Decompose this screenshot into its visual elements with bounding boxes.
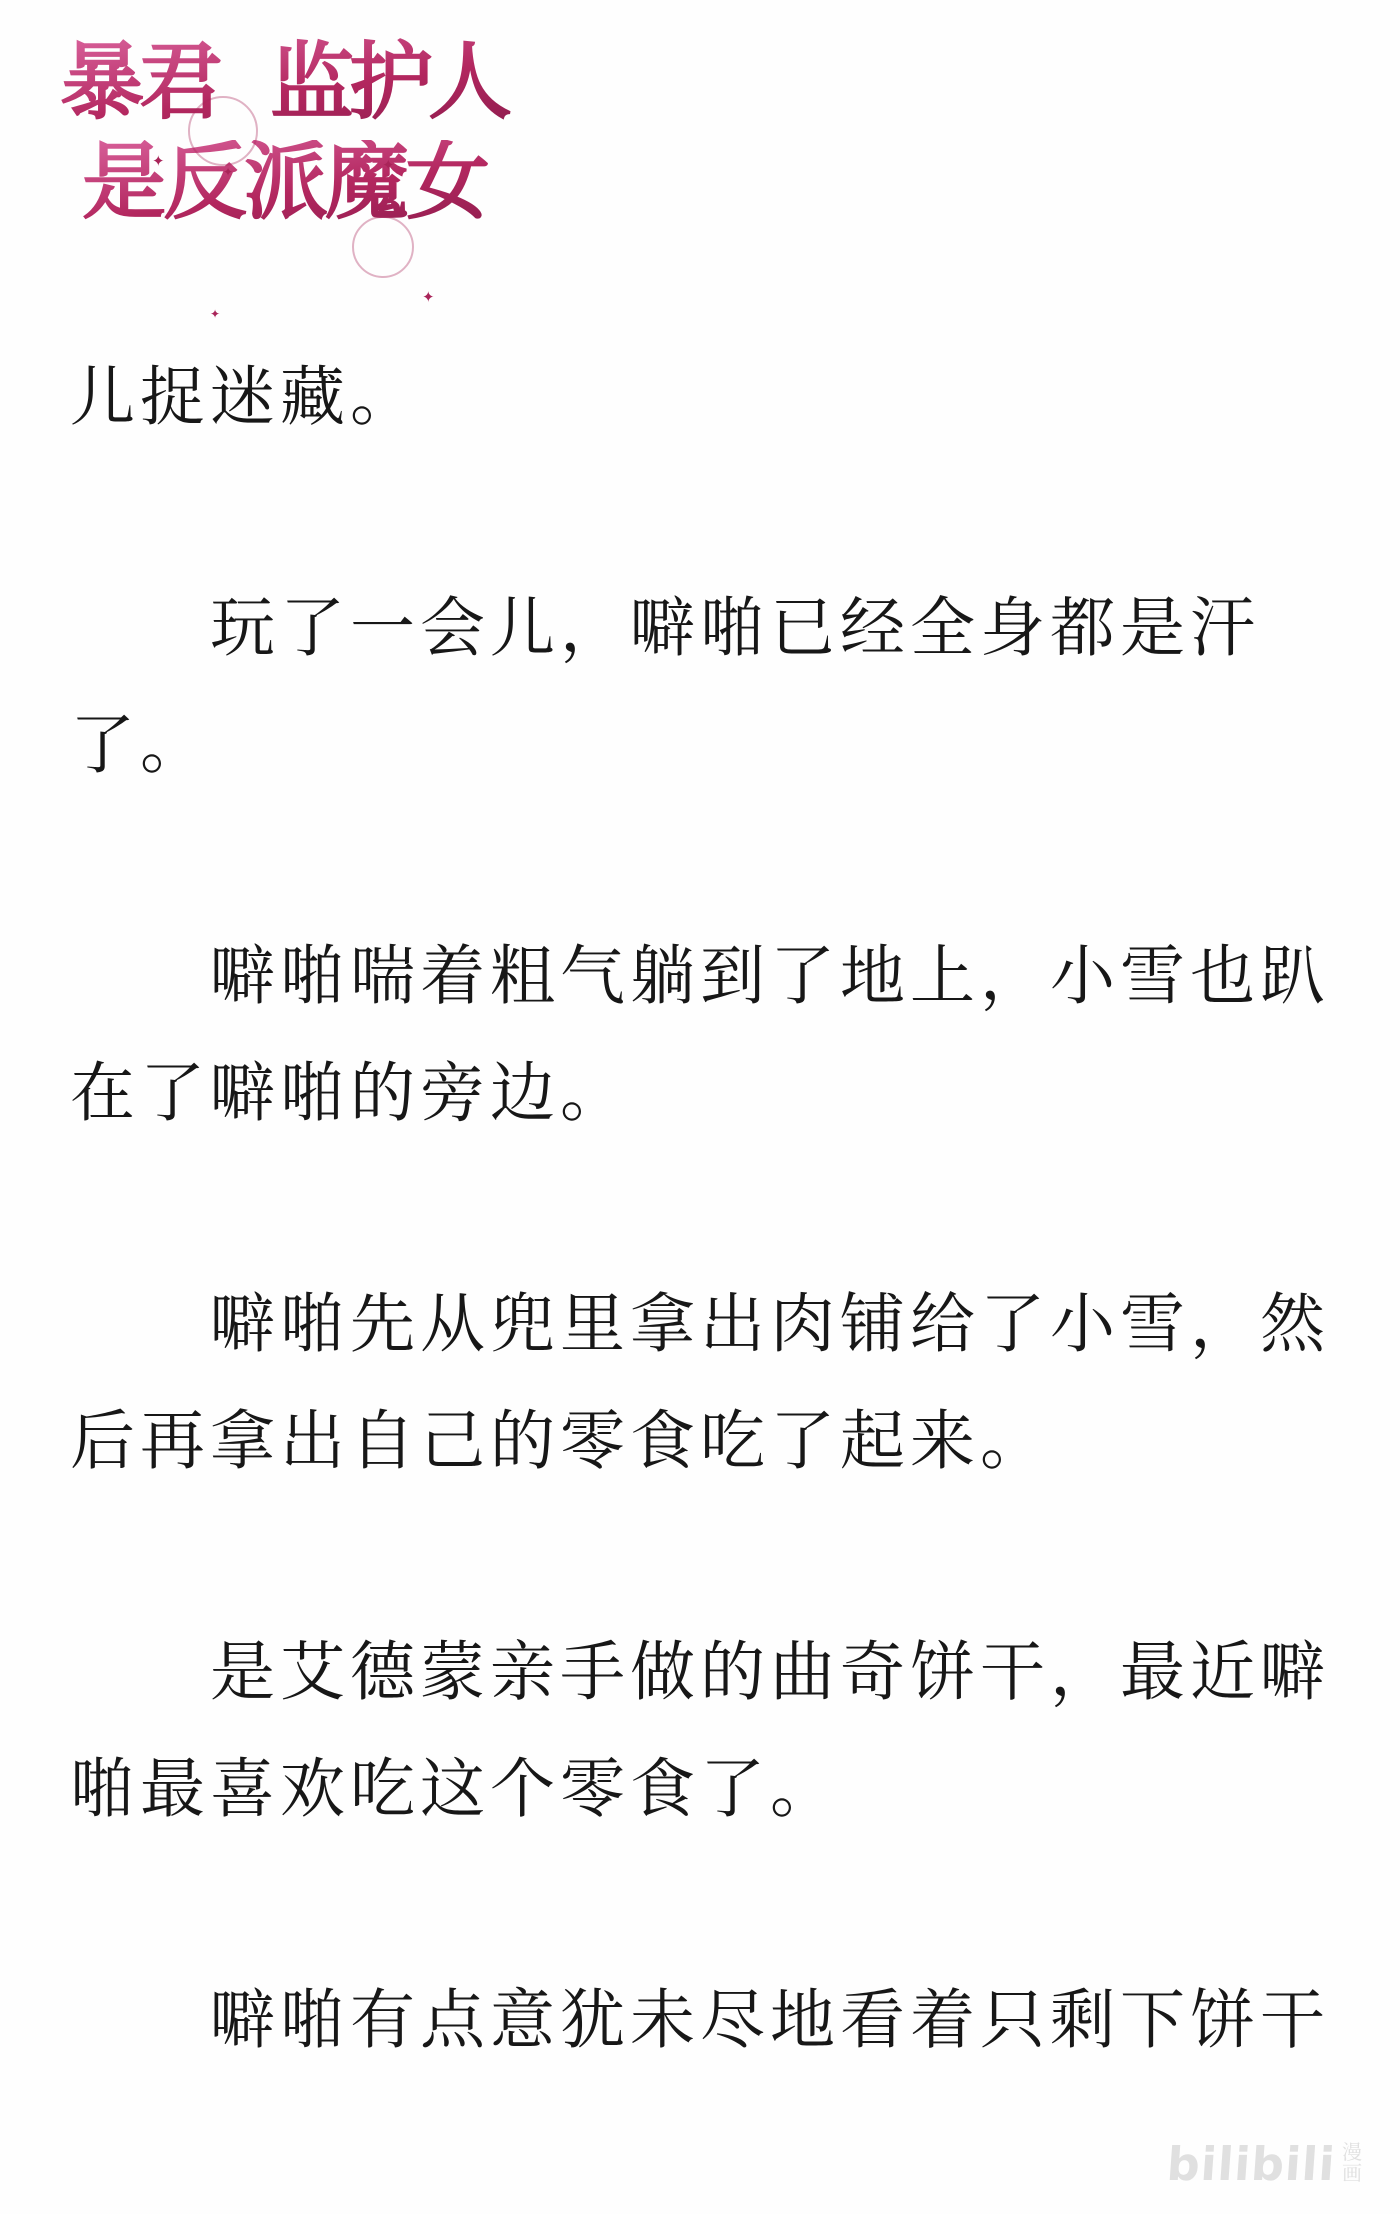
paragraph: 玩了一会儿，噼啪已经全身都是汗 了。 — [70, 569, 1342, 803]
text-line: 噼啪有点意犹未尽地看着只剩下饼干 — [70, 1961, 1342, 2078]
text-line: 噼啪先从兜里拿出肉铺给了小雪，然 — [70, 1265, 1342, 1382]
bilibili-logo: bilibili — [1165, 2141, 1337, 2187]
circle-ornament-icon — [352, 216, 414, 278]
text-line: 是艾德蒙亲手做的曲奇饼干，最近噼 — [70, 1613, 1342, 1730]
text-line: 噼啪喘着粗气躺到了地上，小雪也趴 — [70, 917, 1342, 1034]
sparkle-icon: ✦ — [152, 154, 165, 169]
manga-label-bottom: 画 — [1342, 2164, 1362, 2185]
sparkle-icon: ✦ — [382, 158, 395, 173]
logo-line-1: 暴君的监护人 — [60, 38, 540, 126]
logo-text-right: 监护人 — [270, 32, 507, 131]
text-line: 玩了一会儿，噼啪已经全身都是汗 — [70, 569, 1342, 686]
sparkle-icon: ✦ — [210, 308, 220, 320]
manga-label-top: 漫 — [1342, 2143, 1362, 2164]
paragraph: 噼啪喘着粗气躺到了地上，小雪也趴 在了噼啪的旁边。 — [70, 917, 1342, 1151]
circle-ornament-icon — [188, 96, 258, 166]
chapter-text-body: 儿捉迷藏。 玩了一会儿，噼啪已经全身都是汗 了。 噼啪喘着粗气躺到了地上，小雪也… — [70, 338, 1342, 2192]
sparkle-icon: ✦ — [422, 290, 435, 305]
logo-line-2: 是反派魔女 — [82, 140, 540, 224]
paragraph: 噼啪有点意犹未尽地看着只剩下饼干 — [70, 1961, 1342, 2078]
text-line: 后再拿出自己的零食吃了起来。 — [70, 1382, 1342, 1499]
paragraph: 是艾德蒙亲手做的曲奇饼干，最近噼 啪最喜欢吃这个零食了。 — [70, 1613, 1342, 1847]
sparkle-icon: ✦ — [223, 166, 233, 178]
paragraph: 儿捉迷藏。 — [70, 338, 1342, 455]
text-line: 在了噼啪的旁边。 — [70, 1034, 1342, 1151]
text-line: 了。 — [70, 686, 1342, 803]
series-title-logo: 暴君的监护人 是反派魔女 ✦ ✦ ✦ ✦ ✦ — [60, 38, 540, 224]
paragraph: 噼啪先从兜里拿出肉铺给了小雪，然 后再拿出自己的零食吃了起来。 — [70, 1265, 1342, 1499]
manga-label: 漫 画 — [1342, 2143, 1362, 2185]
text-line: 啪最喜欢吃这个零食了。 — [70, 1730, 1342, 1847]
text-line: 儿捉迷藏。 — [70, 338, 1342, 455]
reader-page: 暴君的监护人 是反派魔女 ✦ ✦ ✦ ✦ ✦ 儿捉迷藏。 玩了一会儿，噼啪已经全… — [0, 0, 1400, 2214]
bilibili-manga-watermark: bilibili 漫 画 — [1167, 2141, 1362, 2187]
